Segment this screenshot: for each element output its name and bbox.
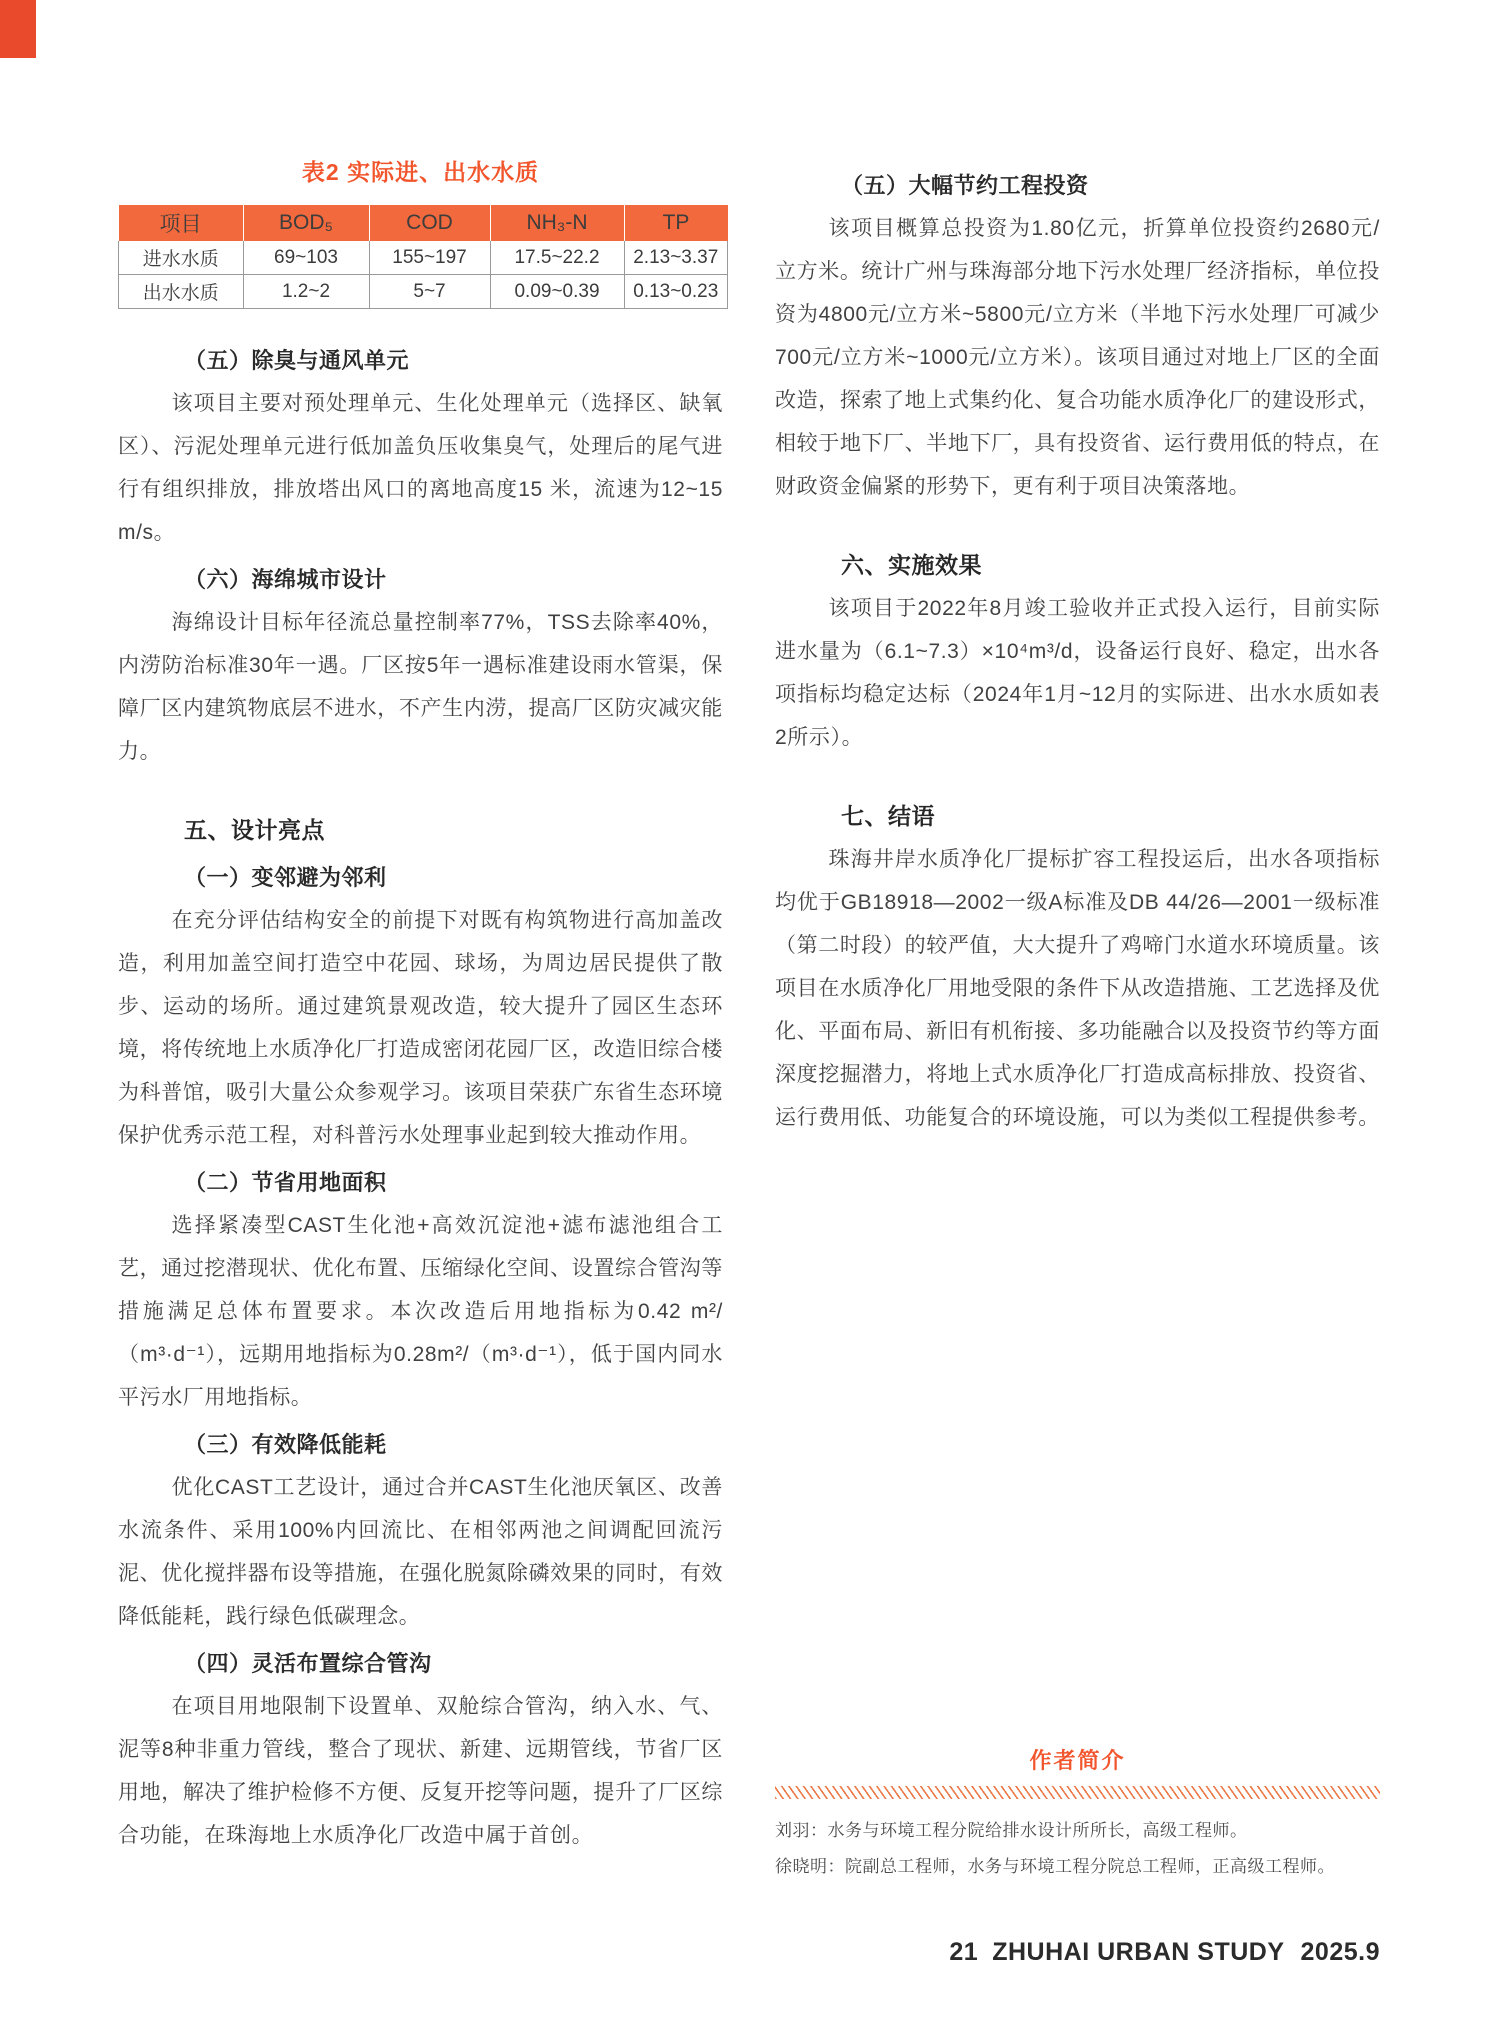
paragraph: 该项目概算总投资为1.80亿元，折算单位投资约2680元/立方米。统计广州与珠海… [775,207,1380,508]
paragraph: 在项目用地限制下设置单、双舱综合管沟，纳入水、气、泥等8种非重力管线，整合了现状… [118,1685,723,1857]
table-header-nh3n: NH₃-N [490,205,624,241]
left-column: 表2 实际进、出水水质 项目 BOD₅ COD NH₃-N TP 进水水质 69… [118,150,723,1857]
journal-page: 表2 实际进、出水水质 项目 BOD₅ COD NH₃-N TP 进水水质 69… [0,0,1500,2036]
author-info-block: 作者简介 刘羽：水务与环境工程分院给排水设计所所长，高级工程师。 徐晓明：院副总… [775,1746,1380,1885]
subsection-heading: （六）海绵城市设计 [118,558,723,601]
journal-name: ZHUHAI URBAN STUDY [992,1938,1284,1966]
paragraph: 该项目主要对预处理单元、生化处理单元（选择区、缺氧区）、污泥处理单元进行低加盖负… [118,382,723,554]
paragraph: 该项目于2022年8月竣工验收并正式投入运行，目前实际进水量为（6.1~7.3）… [775,587,1380,759]
row-label: 进水水质 [119,241,244,275]
cell-value: 1.2~2 [243,275,369,309]
water-quality-table: 项目 BOD₅ COD NH₃-N TP 进水水质 69~103 155~197… [118,205,728,309]
table-header-bod5: BOD₅ [243,205,369,241]
cell-value: 17.5~22.2 [490,241,624,275]
issue-number: 2025.9 [1301,1938,1380,1966]
cell-value: 69~103 [243,241,369,275]
paragraph: 选择紧凑型CAST生化池+高效沉淀池+滤布滤池组合工艺，通过挖潜现状、优化布置、… [118,1204,723,1419]
author-info-title: 作者简介 [775,1746,1380,1776]
subsection-heading: （五）除臭与通风单元 [118,339,723,382]
table-header-item: 项目 [119,205,244,241]
table-header-tp: TP [624,205,728,241]
cell-value: 2.13~3.37 [624,241,728,275]
paragraph: 在充分评估结构安全的前提下对既有构筑物进行高加盖改造，利用加盖空间打造空中花园、… [118,899,723,1157]
subsection-heading: （四）灵活布置综合管沟 [118,1642,723,1685]
paragraph: 海绵设计目标年径流总量控制率77%，TSS去除率40%，内涝防治标准30年一遇。… [118,601,723,773]
section-heading: 七、结语 [775,795,1380,838]
cell-value: 155~197 [369,241,490,275]
paragraph: 优化CAST工艺设计，通过合并CAST生化池厌氧区、改善水流条件、采用100%内… [118,1466,723,1638]
table-title: 表2 实际进、出水水质 [118,156,723,188]
author-entry: 刘羽：水务与环境工程分院给排水设计所所长，高级工程师。 [775,1813,1380,1849]
table-row: 进水水质 69~103 155~197 17.5~22.2 2.13~3.37 [119,241,728,275]
table-row: 出水水质 1.2~2 5~7 0.09~0.39 0.13~0.23 [119,275,728,309]
cell-value: 0.09~0.39 [490,275,624,309]
cell-value: 5~7 [369,275,490,309]
cell-value: 0.13~0.23 [624,275,728,309]
table-header-row: 项目 BOD₅ COD NH₃-N TP [119,205,728,241]
paragraph: 珠海井岸水质净化厂提标扩容工程投运后，出水各项指标均优于GB18918—2002… [775,838,1380,1139]
subsection-heading: （一）变邻避为邻利 [118,856,723,899]
section-heading: 六、实施效果 [775,544,1380,587]
hatched-divider [775,1786,1380,1799]
section-heading: 五、设计亮点 [118,809,723,852]
author-entry: 徐晓明：院副总工程师，水务与环境工程分院总工程师，正高级工程师。 [775,1849,1380,1885]
subsection-heading: （三）有效降低能耗 [118,1423,723,1466]
page-number: 21 [949,1938,978,1966]
table-header-cod: COD [369,205,490,241]
right-column: （五）大幅节约工程投资 该项目概算总投资为1.80亿元，折算单位投资约2680元… [775,150,1380,1139]
page-corner-marker [0,0,36,58]
page-footer: 21ZHUHAI URBAN STUDY2025.9 [949,1938,1380,1967]
subsection-heading: （二）节省用地面积 [118,1161,723,1204]
row-label: 出水水质 [119,275,244,309]
subsection-heading: （五）大幅节约工程投资 [775,164,1380,207]
